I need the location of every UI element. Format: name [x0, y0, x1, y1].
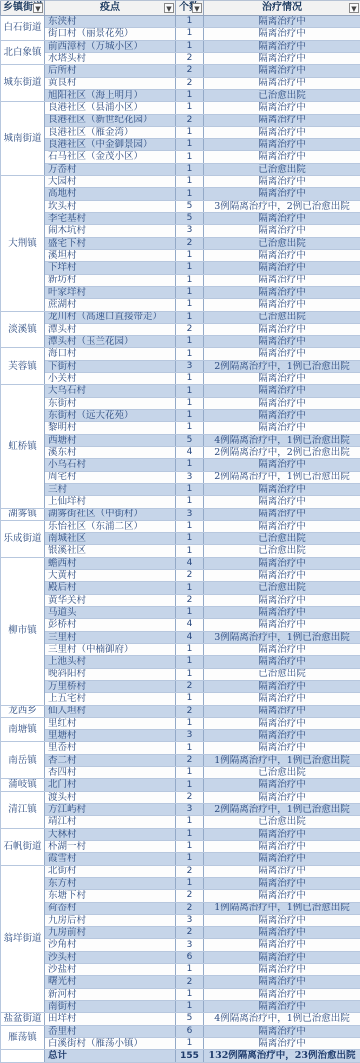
treatment-status-cell: 隔离治疗中 [204, 877, 360, 889]
treatment-status-cell: 3例隔离治疗中，2例已治愈出院 [204, 200, 360, 212]
count-cell: 2 [176, 976, 204, 988]
epidemic-point-cell: 旭阳社区（海上明月） [45, 89, 176, 101]
treatment-status-cell: 隔离治疗中 [204, 964, 360, 976]
table-row: 坎头村53例隔离治疗中，2例已治愈出院 [1, 200, 360, 212]
count-cell: 1 [176, 779, 204, 791]
count-cell: 1 [176, 656, 204, 668]
epidemic-point-cell: 杏四村 [45, 767, 176, 779]
treatment-status-cell: 隔离治疗中 [204, 914, 360, 926]
count-cell: 1 [176, 643, 204, 655]
count-cell: 1 [176, 274, 204, 286]
epidemic-point-cell: 马道头 [45, 607, 176, 619]
count-cell: 1 [176, 249, 204, 261]
total-blank-cell [1, 1050, 45, 1063]
count-cell: 2 [176, 65, 204, 77]
epidemic-point-cell: 上仙垟村 [45, 496, 176, 508]
epidemic-point-cell: 前西漳村（万城小区） [45, 40, 176, 52]
table-row: 三村1隔离治疗中 [1, 483, 360, 495]
count-cell: 3 [176, 939, 204, 951]
table-row: 旭阳社区（海上明月）1已治愈出院 [1, 89, 360, 101]
table-row: 朴湖一村1隔离治疗中 [1, 840, 360, 852]
treatment-status-cell: 隔离治疗中 [204, 188, 360, 200]
filter-dropdown-icon[interactable]: ▼ [192, 3, 202, 13]
treatment-status-cell: 隔离治疗中 [204, 459, 360, 471]
table-row: 盐盆街道田垟村54例隔离治疗中，1例已治愈出院 [1, 1013, 360, 1025]
treatment-status-cell: 隔离治疗中 [204, 299, 360, 311]
epidemic-point-cell: 大乌石村 [45, 385, 176, 397]
table-row: 高地村1隔离治疗中 [1, 188, 360, 200]
epidemic-point-cell: 东浃村 [45, 16, 176, 28]
epidemic-point-cell: 良港社区（新世纪花园） [45, 114, 176, 126]
treatment-status-cell: 已治愈出院 [204, 767, 360, 779]
count-cell: 1 [176, 545, 204, 557]
town-cell: 大荆镇 [1, 176, 45, 311]
treatment-status-cell: 隔离治疗中 [204, 139, 360, 151]
epidemic-point-cell: 荷岙村 [45, 902, 176, 914]
treatment-status-cell: 2例隔离治疗中，1例已治愈出院 [204, 360, 360, 372]
count-cell: 1 [176, 853, 204, 865]
epidemic-point-cell: 盛宅下村 [45, 237, 176, 249]
treatment-status-cell: 4例隔离治疗中，1例已治愈出院 [204, 1013, 360, 1025]
epidemic-point-cell: 周宅村 [45, 471, 176, 483]
treatment-status-cell: 隔离治疗中 [204, 988, 360, 1000]
epidemic-point-cell: 小关村 [45, 373, 176, 385]
count-cell: 1 [176, 385, 204, 397]
treatment-status-cell: 2例隔离治疗中，1例已治愈出院 [204, 804, 360, 816]
table-row: 西塘村54例隔离治疗中，1例已治愈出院 [1, 434, 360, 446]
table-row: 城南街道良港社区（县浦小区）1隔离治疗中 [1, 102, 360, 114]
count-cell: 1 [176, 964, 204, 976]
table-row: 小关村1隔离治疗中 [1, 373, 360, 385]
epidemic-point-cell: 银溪社区 [45, 545, 176, 557]
count-cell: 5 [176, 434, 204, 446]
table-row: 小乌石村1隔离治疗中 [1, 459, 360, 471]
epidemic-point-cell: 水塔头村 [45, 52, 176, 64]
count-cell: 1 [176, 742, 204, 754]
table-row: 下街村32例隔离治疗中，1例已治愈出院 [1, 360, 360, 372]
treatment-status-cell: 隔离治疗中 [204, 249, 360, 261]
table-row: 九房前村2隔离治疗中 [1, 927, 360, 939]
table-row: 银溪社区1已治愈出院 [1, 545, 360, 557]
epidemic-point-cell: 九房前村 [45, 927, 176, 939]
table-row: 石帆街道大林村1隔离治疗中 [1, 828, 360, 840]
table-row: 雁荡镇岙里村6隔离治疗中 [1, 1025, 360, 1037]
count-cell: 1 [176, 40, 204, 52]
count-cell: 1 [176, 16, 204, 28]
count-cell: 1 [176, 373, 204, 385]
count-cell: 1 [176, 988, 204, 1000]
epidemic-point-cell: 万岙村 [45, 163, 176, 175]
table-row: 东方村1隔离治疗中 [1, 877, 360, 889]
treatment-status-cell: 隔离治疗中 [204, 40, 360, 52]
epidemic-point-cell: 坎头村 [45, 200, 176, 212]
treatment-status-cell: 隔离治疗中 [204, 1025, 360, 1037]
count-cell: 2 [176, 754, 204, 766]
table-row: 良港社区（新世纪花园）2隔离治疗中 [1, 114, 360, 126]
epidemic-point-cell: 叶家垟村 [45, 286, 176, 298]
treatment-status-cell: 隔离治疗中 [204, 742, 360, 754]
table-row: 彭桥村4隔离治疗中 [1, 619, 360, 631]
treatment-status-cell: 隔离治疗中 [204, 151, 360, 163]
town-cell: 龙西乡 [1, 705, 45, 717]
epidemic-point-cell: 大林村 [45, 828, 176, 840]
town-cell: 盐盆街道 [1, 1013, 45, 1025]
treatment-status-cell: 隔离治疗中 [204, 385, 360, 397]
epidemic-point-cell: 蟾西村 [45, 557, 176, 569]
treatment-status-cell: 隔离治疗中 [204, 927, 360, 939]
table-row: 潭头村2隔离治疗中 [1, 323, 360, 335]
table-row: 良港社区（雁金湾）1隔离治疗中 [1, 126, 360, 138]
count-cell: 1 [176, 348, 204, 360]
table-row: 李宅基村5隔离治疗中 [1, 213, 360, 225]
table-row: 晚斜阳村1已治愈出院 [1, 668, 360, 680]
treatment-status-cell: 已治愈出院 [204, 89, 360, 101]
epidemic-point-cell: 北门村 [45, 779, 176, 791]
epidemic-point-cell: 新坊村 [45, 274, 176, 286]
epidemic-point-cell: 闹木坑村 [45, 225, 176, 237]
treatment-status-cell: 隔离治疗中 [204, 680, 360, 692]
epidemic-point-cell: 东方村 [45, 877, 176, 889]
count-cell: 1 [176, 520, 204, 532]
table-row: 沙角村3隔离治疗中 [1, 939, 360, 951]
count-cell: 1 [176, 668, 204, 680]
town-cell: 芙蓉镇 [1, 348, 45, 385]
count-cell: 5 [176, 200, 204, 212]
epidemic-point-cell: 东街村 [45, 397, 176, 409]
treatment-status-cell: 隔离治疗中 [204, 422, 360, 434]
count-cell: 2 [176, 890, 204, 902]
town-cell: 清江镇 [1, 791, 45, 828]
count-cell: 1 [176, 459, 204, 471]
count-cell: 1 [176, 28, 204, 40]
town-cell: 南塘镇 [1, 717, 45, 742]
treatment-status-cell: 2例隔离治疗中，1例已治愈出院 [204, 471, 360, 483]
table-row: 潭头村（玉兰花园）1隔离治疗中 [1, 336, 360, 348]
count-cell: 3 [176, 804, 204, 816]
table-row: 南塘镇里红村1隔离治疗中 [1, 717, 360, 729]
epidemic-point-cell: 沙盐村 [45, 964, 176, 976]
table-row: 殿后村1已治愈出院 [1, 582, 360, 594]
treatment-status-cell: 隔离治疗中 [204, 262, 360, 274]
count-cell: 1 [176, 102, 204, 114]
treatment-status-cell: 隔离治疗中 [204, 373, 360, 385]
treatment-status-cell: 隔离治疗中 [204, 865, 360, 877]
table-row: 大黄村2隔离治疗中 [1, 570, 360, 582]
table-row: 闹木坑村3隔离治疗中 [1, 225, 360, 237]
epidemic-point-cell: 霞雪村 [45, 853, 176, 865]
count-cell: 2 [176, 594, 204, 606]
epidemic-point-cell: 海口村 [45, 348, 176, 360]
treatment-status-cell: 隔离治疗中 [204, 828, 360, 840]
column-header-town: 乡镇街道 ▼ [1, 1, 45, 16]
epidemic-point-cell: 渡头村 [45, 791, 176, 803]
table-row: 霞雪村1隔离治疗中 [1, 853, 360, 865]
column-header-count: 个数 ▼ [176, 1, 204, 16]
town-cell: 柳市镇 [1, 557, 45, 705]
epidemic-point-cell: 大黄村 [45, 570, 176, 582]
epidemic-point-cell: 靖江村 [45, 816, 176, 828]
town-cell: 城东街道 [1, 65, 45, 102]
table-row: 新河村1隔离治疗中 [1, 988, 360, 1000]
epidemic-point-cell: 万里桥村 [45, 680, 176, 692]
table-row: 下垟村1隔离治疗中 [1, 262, 360, 274]
count-cell: 4 [176, 619, 204, 631]
total-status-cell: 132例隔离治疗中，23例治愈出院 [204, 1050, 360, 1063]
epidemic-point-cell: 街口村（丽景花苑） [45, 28, 176, 40]
epidemic-point-cell: 湖雾街社区（中街村） [45, 508, 176, 520]
table-row: 杏二村21例隔离治疗中，1例已治愈出院 [1, 754, 360, 766]
treatment-status-cell: 已治愈出院 [204, 533, 360, 545]
count-cell: 1 [176, 496, 204, 508]
table-row: 叶家垟村1隔离治疗中 [1, 286, 360, 298]
town-cell: 南岳镇 [1, 742, 45, 779]
count-cell: 1 [176, 767, 204, 779]
epidemic-point-cell: 龙川村（高速口直接带走） [45, 311, 176, 323]
count-cell: 1 [176, 828, 204, 840]
table-row: 万里桥村2隔离治疗中 [1, 680, 360, 692]
count-cell: 2 [176, 680, 204, 692]
count-cell: 1 [176, 311, 204, 323]
treatment-status-cell: 隔离治疗中 [204, 397, 360, 409]
table-row: 荷岙村21例隔离治疗中，1例已治愈出院 [1, 902, 360, 914]
treatment-status-cell: 隔离治疗中 [204, 520, 360, 532]
count-cell: 1 [176, 840, 204, 852]
treatment-status-cell: 隔离治疗中 [204, 643, 360, 655]
epidemic-point-cell: 曙光村 [45, 976, 176, 988]
column-header-epidemic-point-label: 疫点 [100, 2, 120, 13]
treatment-status-cell: 2例隔离治疗中，2例已治愈出院 [204, 446, 360, 458]
table-row: 马道头1隔离治疗中 [1, 607, 360, 619]
table-row: 南岳镇里岙村1隔离治疗中 [1, 742, 360, 754]
treatment-status-cell: 1例隔离治疗中，1例已治愈出院 [204, 754, 360, 766]
table-row: 虹桥镇大乌石村1隔离治疗中 [1, 385, 360, 397]
treatment-status-cell: 隔离治疗中 [204, 890, 360, 902]
epidemic-point-cell: 李宅基村 [45, 213, 176, 225]
treatment-status-cell: 隔离治疗中 [204, 176, 360, 188]
table-row: 东街村1隔离治疗中 [1, 397, 360, 409]
count-cell: 2 [176, 865, 204, 877]
epidemic-point-cell: 上池头村 [45, 656, 176, 668]
count-cell: 1 [176, 877, 204, 889]
count-cell: 3 [176, 471, 204, 483]
epidemic-point-cell: 东街村（远大花苑） [45, 410, 176, 422]
count-cell: 1 [176, 693, 204, 705]
table-row: 东街村（远大花苑）1隔离治疗中 [1, 410, 360, 422]
table-row: 黄良村2隔离治疗中 [1, 77, 360, 89]
count-cell: 1 [176, 176, 204, 188]
treatment-status-cell: 1例隔离治疗中，1例已治愈出院 [204, 902, 360, 914]
treatment-status-cell: 隔离治疗中 [204, 717, 360, 729]
table-row: 曙光村2隔离治疗中 [1, 976, 360, 988]
town-cell: 翁垟街道 [1, 865, 45, 1013]
epidemic-point-cell: 里塘村 [45, 730, 176, 742]
treatment-status-cell: 隔离治疗中 [204, 557, 360, 569]
epidemic-point-cell: 里岙村 [45, 742, 176, 754]
treatment-status-cell: 隔离治疗中 [204, 693, 360, 705]
treatment-status-cell: 隔离治疗中 [204, 939, 360, 951]
epidemic-point-cell: 三里村 [45, 631, 176, 643]
treatment-status-cell: 隔离治疗中 [204, 348, 360, 360]
epidemic-point-cell: 良港社区（中金御景园） [45, 139, 176, 151]
treatment-status-cell: 隔离治疗中 [204, 619, 360, 631]
epidemic-point-cell: 东塘下村 [45, 890, 176, 902]
treatment-status-cell: 隔离治疗中 [204, 1037, 360, 1049]
column-header-epidemic-point: 疫点 ▼ [45, 1, 176, 16]
epidemic-point-cell: 朴湖一村 [45, 840, 176, 852]
table-row: 街口村（丽景花苑）1隔离治疗中 [1, 28, 360, 40]
count-cell: 1 [176, 1001, 204, 1013]
epidemic-point-cell: 三里村（中楠御府） [45, 643, 176, 655]
table-row: 南城社区1已治愈出院 [1, 533, 360, 545]
epidemic-point-cell: 南城社区 [45, 533, 176, 545]
treatment-status-cell: 隔离治疗中 [204, 28, 360, 40]
count-cell: 2 [176, 237, 204, 249]
count-cell: 4 [176, 631, 204, 643]
table-row: 三里村43例隔离治疗中，1例已治愈出院 [1, 631, 360, 643]
table-row: 水塔头村2隔离治疗中 [1, 52, 360, 64]
town-cell: 湖雾镇 [1, 508, 45, 520]
table-row: 上仙垟村1隔离治疗中 [1, 496, 360, 508]
count-cell: 5 [176, 1013, 204, 1025]
table-row: 乐成街道乐怡社区（东浦二区）1隔离治疗中 [1, 520, 360, 532]
column-header-treatment-status-label: 治疗情况 [262, 2, 302, 13]
count-cell: 2 [176, 323, 204, 335]
epidemic-point-cell: 良港社区（县浦小区） [45, 102, 176, 114]
filter-dropdown-icon[interactable]: ▼ [164, 3, 174, 13]
filter-dropdown-icon[interactable]: ▼ [349, 3, 359, 13]
treatment-status-cell: 隔离治疗中 [204, 730, 360, 742]
count-cell: 2 [176, 791, 204, 803]
epidemic-point-cell: 乐怡社区（东浦二区） [45, 520, 176, 532]
count-cell: 1 [176, 533, 204, 545]
epidemic-points-table: 乡镇街道 ▼ 疫点 ▼ 个数 ▼ 治疗情况 ▼ 白石街道东浃村1隔离治疗中街口村… [0, 0, 360, 1063]
epidemic-point-cell: 蔗湖村 [45, 299, 176, 311]
epidemic-point-cell: 溪东村 [45, 446, 176, 458]
count-cell: 1 [176, 607, 204, 619]
count-cell: 4 [176, 557, 204, 569]
epidemic-point-cell: 大园村 [45, 176, 176, 188]
treatment-status-cell: 隔离治疗中 [204, 1001, 360, 1013]
count-cell: 1 [176, 299, 204, 311]
count-cell: 3 [176, 360, 204, 372]
treatment-status-cell: 隔离治疗中 [204, 323, 360, 335]
count-cell: 3 [176, 730, 204, 742]
treatment-status-cell: 隔离治疗中 [204, 656, 360, 668]
treatment-status-cell: 已治愈出院 [204, 163, 360, 175]
treatment-status-cell: 隔离治疗中 [204, 213, 360, 225]
table-row: 溪东村42例隔离治疗中，2例已治愈出院 [1, 446, 360, 458]
table-row: 三里村（中楠御府）1隔离治疗中 [1, 643, 360, 655]
epidemic-point-cell: 岙里村 [45, 1025, 176, 1037]
treatment-status-cell: 4例隔离治疗中，1例已治愈出院 [204, 434, 360, 446]
treatment-status-cell: 隔离治疗中 [204, 52, 360, 64]
epidemic-point-cell: 良港社区（雁金湾） [45, 126, 176, 138]
count-cell: 1 [176, 163, 204, 175]
count-cell: 1 [176, 397, 204, 409]
table-row: 新坊村1隔离治疗中 [1, 274, 360, 286]
treatment-status-cell: 隔离治疗中 [204, 65, 360, 77]
treatment-status-cell: 隔离治疗中 [204, 102, 360, 114]
total-row: 总计155132例隔离治疗中，23例治愈出院 [1, 1050, 360, 1063]
table-row: 上池头村1隔离治疗中 [1, 656, 360, 668]
treatment-status-cell: 隔离治疗中 [204, 496, 360, 508]
treatment-status-cell: 隔离治疗中 [204, 594, 360, 606]
epidemic-point-cell: 彭桥村 [45, 619, 176, 631]
epidemic-point-cell: 白溪街村（雁荡小镇） [45, 1037, 176, 1049]
epidemic-point-cell: 杏二村 [45, 754, 176, 766]
count-cell: 2 [176, 927, 204, 939]
treatment-status-cell: 隔离治疗中 [204, 705, 360, 717]
count-cell: 1 [176, 89, 204, 101]
town-cell: 乐成街道 [1, 520, 45, 557]
treatment-status-cell: 隔离治疗中 [204, 570, 360, 582]
epidemic-point-cell: 溪坦村 [45, 249, 176, 261]
table-row: 沙盐村1隔离治疗中 [1, 964, 360, 976]
epidemic-point-cell: 潭头村（玉兰花园） [45, 336, 176, 348]
town-cell: 蒲岐镇 [1, 779, 45, 791]
table-row: 龙西乡仙人坦村2隔离治疗中 [1, 705, 360, 717]
treatment-status-cell: 隔离治疗中 [204, 483, 360, 495]
epidemic-point-cell: 三村 [45, 483, 176, 495]
count-cell: 1 [176, 126, 204, 138]
table-row: 石马社区（金茂小区）1隔离治疗中 [1, 151, 360, 163]
count-cell: 1 [176, 188, 204, 200]
count-cell: 2 [176, 114, 204, 126]
table-row: 蒲岐镇北门村1隔离治疗中 [1, 779, 360, 791]
table-row: 良港社区（中金御景园）1隔离治疗中 [1, 139, 360, 151]
epidemic-point-cell: 石马社区（金茂小区） [45, 151, 176, 163]
treatment-status-cell: 隔离治疗中 [204, 336, 360, 348]
treatment-status-cell: 已治愈出院 [204, 582, 360, 594]
treatment-status-cell: 隔离治疗中 [204, 126, 360, 138]
count-cell: 3 [176, 225, 204, 237]
count-cell: 2 [176, 705, 204, 717]
treatment-status-cell: 隔离治疗中 [204, 951, 360, 963]
epidemic-point-cell: 方江屿村 [45, 804, 176, 816]
count-cell: 2 [176, 52, 204, 64]
treatment-status-cell: 隔离治疗中 [204, 77, 360, 89]
table-row: 芙蓉镇海口村1隔离治疗中 [1, 348, 360, 360]
table-row: 蔗湖村1隔离治疗中 [1, 299, 360, 311]
epidemic-point-cell: 晚斜阳村 [45, 668, 176, 680]
table-row: 方江屿村32例隔离治疗中，1例已治愈出院 [1, 804, 360, 816]
table-row: 北白象镇前西漳村（万城小区）1隔离治疗中 [1, 40, 360, 52]
count-cell: 1 [176, 336, 204, 348]
epidemic-point-cell: 高地村 [45, 188, 176, 200]
filter-dropdown-icon[interactable]: ▼ [33, 3, 43, 13]
table-row: 靖江村1已治愈出院 [1, 816, 360, 828]
treatment-status-cell: 隔离治疗中 [204, 853, 360, 865]
epidemic-point-cell: 后所村 [45, 65, 176, 77]
table-row: 黎明村1隔离治疗中 [1, 422, 360, 434]
table-body: 白石街道东浃村1隔离治疗中街口村（丽景花苑）1隔离治疗中北白象镇前西漳村（万城小… [1, 16, 360, 1063]
treatment-status-cell: 隔离治疗中 [204, 16, 360, 28]
treatment-status-cell: 已治愈出院 [204, 816, 360, 828]
table-row: 周宅村32例隔离治疗中，1例已治愈出院 [1, 471, 360, 483]
table-row: 城东街道后所村2隔离治疗中 [1, 65, 360, 77]
count-cell: 3 [176, 914, 204, 926]
treatment-status-cell: 隔离治疗中 [204, 840, 360, 852]
treatment-status-cell: 隔离治疗中 [204, 779, 360, 791]
table-row: 上五宅村1隔离治疗中 [1, 693, 360, 705]
table-row: 沙头村6隔离治疗中 [1, 951, 360, 963]
epidemic-point-cell: 里红村 [45, 717, 176, 729]
town-cell: 虹桥镇 [1, 385, 45, 508]
epidemic-point-cell: 黄华关村 [45, 594, 176, 606]
epidemic-point-cell: 上五宅村 [45, 693, 176, 705]
epidemic-point-cell: 沙角村 [45, 939, 176, 951]
town-cell: 城南街道 [1, 102, 45, 176]
